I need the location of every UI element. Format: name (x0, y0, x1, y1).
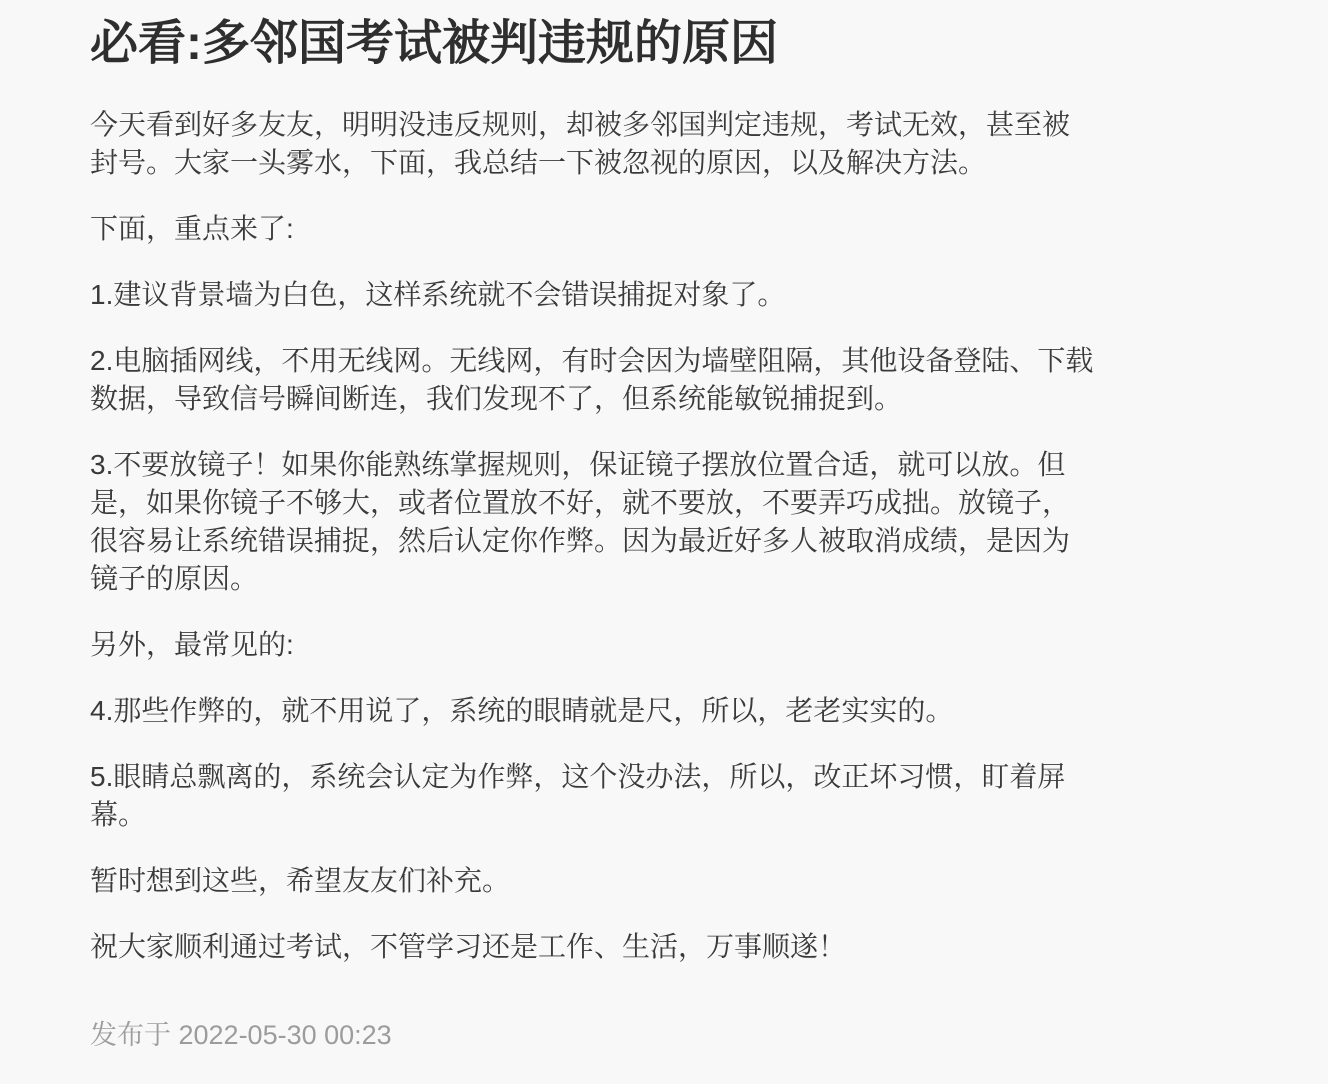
paragraph-intro: 今天看到好多友友，明明没违反规则，却被多邻国判定违规，考试无效，甚至被封号。大家… (90, 106, 1095, 182)
paragraph-outro: 暂时想到这些，希望友友们补充。 (90, 862, 1095, 900)
article-page: 必看:多邻国考试被判违规的原因 今天看到好多友友，明明没违反规则，却被多邻国判定… (0, 0, 1328, 1084)
publish-time: 发布于 2022-05-30 00:23 (90, 1016, 1095, 1054)
paragraph-point-5: 5.眼睛总飘离的，系统会认定为作弊，这个没办法，所以，改正坏习惯，盯着屏幕。 (90, 758, 1095, 834)
paragraph-point-3: 3.不要放镜子！如果你能熟练掌握规则，保证镜子摆放位置合适，就可以放。但是，如果… (90, 446, 1095, 598)
paragraph-point-4: 4.那些作弊的，就不用说了，系统的眼睛就是尺，所以，老老实实的。 (90, 692, 1095, 730)
paragraph-point-1: 1.建议背景墙为白色，这样系统就不会错误捕捉对象了。 (90, 276, 1095, 314)
paragraph-well-wish: 祝大家顺利通过考试，不管学习还是工作、生活，万事顺遂！ (90, 928, 1095, 966)
paragraph-also: 另外，最常见的: (90, 626, 1095, 664)
article: 必看:多邻国考试被判违规的原因 今天看到好多友友，明明没违反规则，却被多邻国判定… (90, 14, 1095, 1054)
paragraph-point-2: 2.电脑插网线，不用无线网。无线网，有时会因为墙壁阻隔，其他设备登陆、下载数据，… (90, 342, 1095, 418)
paragraph-lead-in: 下面，重点来了: (90, 210, 1095, 248)
article-title: 必看:多邻国考试被判违规的原因 (90, 14, 1095, 74)
article-body: 今天看到好多友友，明明没违反规则，却被多邻国判定违规，考试无效，甚至被封号。大家… (90, 106, 1095, 966)
